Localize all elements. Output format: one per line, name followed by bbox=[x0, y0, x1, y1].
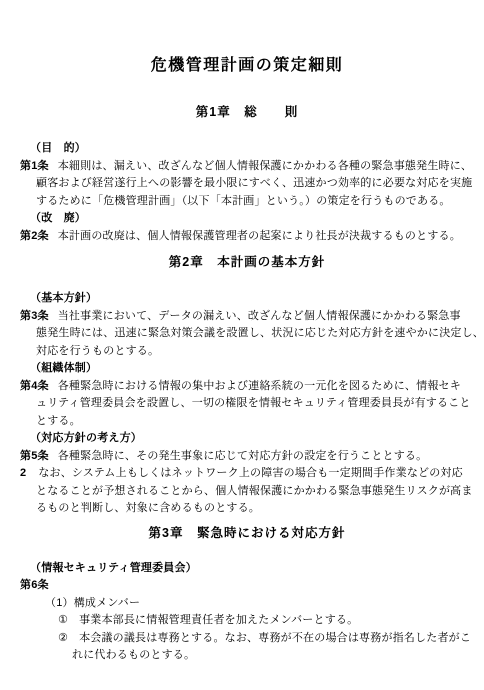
article-3-line-2: 態発生時には、迅速に緊急対策会議を設置し、状況に応じた対応方針を速やかに決定し、 bbox=[36, 325, 474, 343]
article-1-line-2: 顧客および経営遂行上への影響を最小限にすべく、迅速かつ効率的に必要な対応を実施 bbox=[36, 175, 474, 193]
committee-heading: （情報セキュリティ管理委員会） bbox=[30, 560, 474, 578]
article-5-label: 第5条 bbox=[20, 450, 49, 462]
article-6-item-1-sub-2-line-2: れに代わるものとする。 bbox=[72, 647, 474, 665]
article-6-item-1-sub-1-text: 事業本部長に情報管理責任者を加えたメンバーとする。 bbox=[79, 614, 358, 626]
article-4-line-3: とする。 bbox=[36, 413, 474, 431]
chapter-2-heading: 第2章 本計画の基本方針 bbox=[20, 255, 474, 270]
chapter-3-heading: 第3章 緊急時における対応方針 bbox=[20, 526, 474, 541]
purpose-heading: （目 的） bbox=[30, 140, 474, 158]
article-5-paragraph-2-opening: 2なお、システム上もしくはネットワーク上の障害の場合も一定期間手作業などの対応 bbox=[20, 465, 474, 483]
article-1-line-3: するために「危機管理計画」（以下「本計画」という。）の策定を行うものである。 bbox=[36, 193, 474, 211]
article-3-opening: 第3条当社事業において、データの漏えい、改ざんなど個人情報保護にかかわる緊急事 bbox=[20, 308, 474, 326]
article-3-label: 第3条 bbox=[20, 310, 49, 322]
article-4-label: 第4条 bbox=[20, 380, 49, 392]
article-5-paragraph-2-line-1: なお、システム上もしくはネットワーク上の障害の場合も一定期間手作業などの対応 bbox=[38, 467, 463, 479]
article-5-opening: 第5条各種緊急時に、その発生事象に応じて対応方針の設定を行うこととする。 bbox=[20, 448, 474, 466]
article-6-item-1-sub-2-line-1: 本会議の議長は専務とする。なお、専務が不在の場合は専務が指名した者がこ bbox=[79, 632, 471, 644]
article-6-item-1-sub-1: ①事業本部長に情報管理責任者を加えたメンバーとする。 bbox=[58, 612, 474, 630]
document-title: 危機管理計画の策定細則 bbox=[20, 57, 474, 75]
chapter-1-heading: 第1章 総 則 bbox=[20, 105, 474, 120]
article-5-paragraph-2-label: 2 bbox=[20, 467, 26, 479]
article-2-label: 第2条 bbox=[20, 230, 49, 242]
article-1-line-1: 本細則は、漏えい、改ざんなど個人情報保護にかかわる各種の緊急事態発生時に、 bbox=[58, 160, 472, 172]
document-title-text: 危機管理計画の策定細則 bbox=[151, 57, 344, 74]
policy-heading: （基本方針） bbox=[30, 290, 474, 308]
article-2-line-1: 本計画の改廃は、個人情報保護管理者の起案により社長が決裁するものとする。 bbox=[58, 230, 461, 242]
article-6-label: 第6条 bbox=[20, 577, 474, 595]
document-body: 危機管理計画の策定細則 第1章 総 則 （目 的） 第1条本細則は、漏えい、改ざ… bbox=[0, 0, 484, 665]
article-6-item-1-sub-2: ②本会議の議長は専務とする。なお、専務が不在の場合は専務が指名した者がこ bbox=[58, 630, 474, 648]
article-4-line-1: 各種緊急時における情報の集中および連絡系統の一元化を図るために、情報セキ bbox=[58, 380, 461, 392]
article-1-opening: 第1条本細則は、漏えい、改ざんなど個人情報保護にかかわる各種の緊急事態発生時に、 bbox=[20, 158, 474, 176]
article-5-line-1: 各種緊急時に、その発生事象に応じて対応方針の設定を行うこととする。 bbox=[58, 450, 428, 462]
article-5-paragraph-2-line-3: るものと判断し、対象に含めるものとする。 bbox=[36, 500, 474, 518]
approach-heading: （対応方針の考え方） bbox=[30, 430, 474, 448]
revision-heading: （改 廃） bbox=[30, 210, 474, 228]
circled-2-marker: ② bbox=[58, 632, 68, 644]
article-6-item-1: （1）構成メンバー bbox=[45, 595, 474, 613]
article-4-opening: 第4条各種緊急時における情報の集中および連絡系統の一元化を図るために、情報セキ bbox=[20, 378, 474, 396]
document-page: 危機管理計画の策定細則 第1章 総 則 （目 的） 第1条本細則は、漏えい、改ざ… bbox=[0, 0, 484, 690]
circled-1-marker: ① bbox=[58, 614, 68, 626]
article-3-line-3: 対応を行うものとする。 bbox=[36, 343, 474, 361]
article-4-line-2: ュリティ管理委員会を設置し、一切の権限を情報セキュリティ管理委員長が有すること bbox=[36, 395, 474, 413]
article-1-label: 第1条 bbox=[20, 160, 49, 172]
organization-heading: （組織体制） bbox=[30, 360, 474, 378]
article-2-opening: 第2条本計画の改廃は、個人情報保護管理者の起案により社長が決裁するものとする。 bbox=[20, 228, 474, 246]
article-5-paragraph-2-line-2: となることが予想されることから、個人情報保護にかかわる緊急事態発生リスクが高ま bbox=[36, 483, 474, 501]
article-3-line-1: 当社事業において、データの漏えい、改ざんなど個人情報保護にかかわる緊急事 bbox=[58, 310, 461, 322]
